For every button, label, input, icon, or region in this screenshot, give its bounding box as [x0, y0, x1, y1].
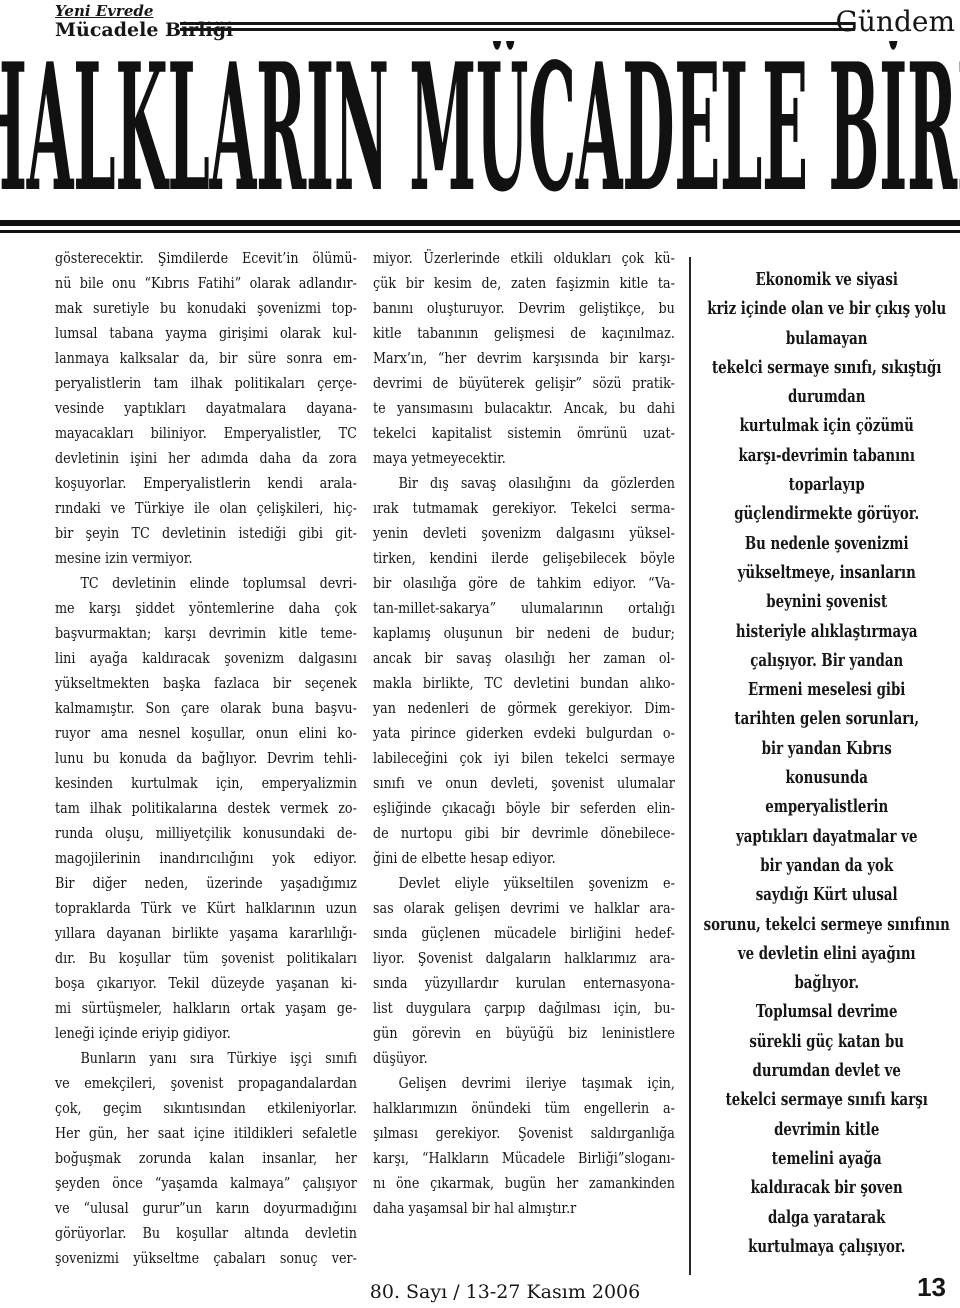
text-line: nü bile onu “Kıbrıs Fatihi” olarak adlan…: [55, 271, 357, 296]
issue-date-line: 80. Sayı / 13-27 Kasım 2006: [355, 1281, 655, 1303]
text-line: sürekli güç katan bu: [700, 1027, 953, 1056]
column-divider-rule: [689, 257, 691, 1275]
text-line: mi sürtüşmeler, halkların ortak yaşam ge…: [55, 996, 357, 1021]
text-line: sas olarak gelişen devrimi ve halklar ar…: [373, 896, 675, 921]
page-number: 13: [917, 1272, 946, 1303]
text-line: Bunların yanı sıra Türkiye işçi sınıfı: [55, 1046, 357, 1071]
text-line: halklarımızın önündeki tüm engellerin a-: [373, 1096, 675, 1121]
text-line: sında güçlenen mücadele birliğini hedef-: [373, 921, 675, 946]
text-line: leneği içinde eriyip gidiyor.: [55, 1021, 357, 1046]
text-line: durumdan: [700, 382, 953, 411]
pull-quote-column: Ekonomik ve siyasikriz içinde olan ve bi…: [700, 265, 953, 1261]
text-line: şovenizmi yükseltme çabaları sonuç ver-: [55, 1246, 357, 1271]
text-line: çalışıyor. Bir yandan: [700, 646, 953, 675]
text-line: banını oluşturuyor. Devrim geliştikçe, b…: [373, 296, 675, 321]
text-line: Bir dış savaş olasılığını da gözlerden: [373, 471, 675, 496]
text-line: tekelci sermaye sınıfı, sıkıştığı: [700, 353, 953, 382]
text-line: ve “ulusal gurur”un karın doyurmadığını: [55, 1196, 357, 1221]
text-line: tan-millet-sakarya” ulumalarının ortalığ…: [373, 596, 675, 621]
text-line: çok, geçim sıkıntısından etkileniyorlar.: [55, 1096, 357, 1121]
text-line: beynini şovenist: [700, 587, 953, 616]
masthead-double-rule: [180, 22, 855, 31]
text-line: ve emekçileri, şovenist propagandalardan: [55, 1071, 357, 1096]
text-line: eşliğinde çıkacağı böyle bir seferden el…: [373, 796, 675, 821]
header-double-rule: [0, 220, 960, 233]
text-line: lumsal tabana yayma girişimi olarak kul-: [55, 321, 357, 346]
text-line: lunu bu konuda da bağlıyor. Devrim tehli…: [55, 746, 357, 771]
text-line: durumdan devlet ve: [700, 1056, 953, 1085]
text-line: bulamayan: [700, 324, 953, 353]
text-line: kaplamış oluşunun bir nedeni de budur;: [373, 621, 675, 646]
text-line: ırak tutmamak gerekiyor. Tekelci serma-: [373, 496, 675, 521]
text-line: yıllara dayanan birlikte yaşama kararlıl…: [55, 921, 357, 946]
text-line: labileceğini çok iyi bilen tekelci serma…: [373, 746, 675, 771]
text-line: bir yandan Kıbrıs: [700, 734, 953, 763]
text-line: devrimi de büyüterek gelişir” sözü prati…: [373, 371, 675, 396]
text-line: şılması gerekiyor. Şovenist saldırganlığ…: [373, 1121, 675, 1146]
text-line: tekelci sermaye sınıfı karşı: [700, 1085, 953, 1114]
text-line: vesinde yaptıkları dayatmalara dayana-: [55, 396, 357, 421]
text-line: toparlayıp: [700, 470, 953, 499]
text-line: Devlet eliyle yükseltilen şovenizm e-: [373, 871, 675, 896]
text-line: kalmamıştır. Son çare olarak buna başvu-: [55, 696, 357, 721]
text-line: kitle tabanının gelişmesi de kaçınılmaz.: [373, 321, 675, 346]
text-line: yükseltmeye, insanların: [700, 558, 953, 587]
text-line: yükseltmekten başka fazlaca bir seçenek: [55, 671, 357, 696]
text-line: yaptıkları dayatmalar ve: [700, 822, 953, 851]
text-line: de nurtopu gibi bir devrimle dönebilece-: [373, 821, 675, 846]
text-line: şeyden önce “yaşamda kalmaya” çalışıyor: [55, 1171, 357, 1196]
text-line: rındaki ve Türkiye ile olan çelişkileri,…: [55, 496, 357, 521]
newspaper-page: Yeni Evrede Mücadele Birliği Gündem HALK…: [0, 0, 960, 1308]
text-line: kurtulmak için çözümü: [700, 411, 953, 440]
text-line: emperyalistlerin: [700, 792, 953, 821]
text-line: Marx’ın, “her devrim karşısında bir karş…: [373, 346, 675, 371]
text-line: lanmaya kalksalar da, bir süre sonra em-: [55, 346, 357, 371]
text-line: mayacakları biliniyor. Emperyalistler, T…: [55, 421, 357, 446]
text-line: karşı, “Halkların Mücadele Birliği”sloga…: [373, 1146, 675, 1171]
text-line: yata pirince giderken evdeki bulgurdan o…: [373, 721, 675, 746]
text-line: ruyor ama nesnel koşullar, onun elini ko…: [55, 721, 357, 746]
text-line: topraklarda Türk ve Kürt halklarının uzu…: [55, 896, 357, 921]
text-line: görüyorlar. Bu koşullar altında devletin: [55, 1221, 357, 1246]
text-line: bir yandan da yok: [700, 851, 953, 880]
text-line: magojilerinin inandırıcılığını yok ediyo…: [55, 846, 357, 871]
text-line: karşı-devrimin tabanını: [700, 441, 953, 470]
text-line: Gelişen devrimi ileriye taşımak için,: [373, 1071, 675, 1096]
text-line: TC devletinin elinde toplumsal devri-: [55, 571, 357, 596]
text-line: ancak bir savaş olasılığı her zaman ol-: [373, 646, 675, 671]
text-line: dalga yaratarak: [700, 1203, 953, 1232]
text-line: mesine izin vermiyor.: [55, 546, 357, 571]
text-line: Ermeni meselesi gibi: [700, 675, 953, 704]
text-line: gösterecektir. Şimdilerde Ecevit’in ölüm…: [55, 246, 357, 271]
text-line: lini ayağa kaldıracak şovenizm dalgasını: [55, 646, 357, 671]
text-line: ğini de elbette hesap ediyor.: [373, 846, 675, 871]
text-line: sınıfı ve onun devleti, şovenist ulumala…: [373, 771, 675, 796]
text-line: tam ilhak politikalarına destek vermek z…: [55, 796, 357, 821]
text-line: düşüyor.: [373, 1046, 675, 1071]
text-line: makla birlikte, TC devletini bundan alık…: [373, 671, 675, 696]
text-line: güçlendirmekte görüyor.: [700, 499, 953, 528]
text-line: boşa çıkarıyor. Tekil düzeyde yaşanan ki…: [55, 971, 357, 996]
text-line: daha yaşamsal bir hal almıştır.r: [373, 1196, 675, 1221]
text-line: boğuşmak zorunda kalan insanlar, her: [55, 1146, 357, 1171]
text-line: saydığı Kürt ulusal: [700, 880, 953, 909]
text-line: te yansımasını bulacaktır. Ancak, bu dah…: [373, 396, 675, 421]
text-line: bağlıyor.: [700, 968, 953, 997]
text-line: runda oluşu, milliyetçilik konusundaki d…: [55, 821, 357, 846]
text-line: histeriyle alıklaştırmaya: [700, 617, 953, 646]
text-line: list duygulara çarpıp dağılması için, bu…: [373, 996, 675, 1021]
text-line: maya yetmeyecektir.: [373, 446, 675, 471]
text-line: kriz içinde olan ve bir çıkış yolu: [700, 294, 953, 323]
text-line: çük bir kesim de, zaten faşizmin kitle t…: [373, 271, 675, 296]
text-line: Ekonomik ve siyasi: [700, 265, 953, 294]
text-line: yenin devleti şovenizm dalgasını yüksel-: [373, 521, 675, 546]
text-line: başvurmaktan; karşı devrimin kitle teme-: [55, 621, 357, 646]
article-column-1: gösterecektir. Şimdilerde Ecevit’in ölüm…: [55, 246, 357, 1271]
article-column-2: miyor. Üzerlerinde etkili oldukları çok …: [373, 246, 675, 1221]
text-line: peryalistlerin tam ilhak politikaları çe…: [55, 371, 357, 396]
text-line: yan nedenleri de görmek gerekiyor. Dim-: [373, 696, 675, 721]
text-line: me karşı şiddet yöntemlerine daha çok: [55, 596, 357, 621]
text-line: mak suretiyle bu konudaki şovenizmi top-: [55, 296, 357, 321]
headline-text: HALKLARIN MÜCADELE BİRLİĞİ: [0, 41, 960, 216]
text-line: bir olasılığa göre de tahkim ediyor. “Va…: [373, 571, 675, 596]
text-line: Bir diğer neden, üzerinde yaşadığımız: [55, 871, 357, 896]
text-line: miyor. Üzerlerinde etkili oldukları çok …: [373, 246, 675, 271]
text-line: nı öne çıkarmak, bugün her zamankinden: [373, 1171, 675, 1196]
text-line: kurtulmaya çalışıyor.: [700, 1232, 953, 1261]
text-line: sında yüzyıllardır kurulan enternasyona-: [373, 971, 675, 996]
text-line: Bu nedenle şovenizmi: [700, 529, 953, 558]
text-line: ve devletin elini ayağını: [700, 939, 953, 968]
text-line: sorunu, tekelci sermeye sınıfının: [700, 910, 953, 939]
text-line: devletinin işini her adımda daha da zora: [55, 446, 357, 471]
text-line: koşuyorlar. Emperyalistlerin kendi arala…: [55, 471, 357, 496]
text-line: liyor. Şovenist dalgaların halklarımız a…: [373, 946, 675, 971]
headline: HALKLARIN MÜCADELE BİRLİĞİ: [0, 41, 960, 217]
logo-line-yeni-evrede: Yeni Evrede: [55, 3, 233, 20]
text-line: tarihten gelen sorunları,: [700, 704, 953, 733]
text-line: konusunda: [700, 763, 953, 792]
text-line: bir şeyin TC devletinin istediği gibi gi…: [55, 521, 357, 546]
text-line: temelini ayağa: [700, 1144, 953, 1173]
text-line: tekelci kapitalist sistemin ömrünü uzat-: [373, 421, 675, 446]
text-line: dır. Bu koşullar tüm şovenist politikala…: [55, 946, 357, 971]
section-label: Gündem: [836, 7, 955, 37]
text-line: kesinden kurtulmak için, emperyalizmin: [55, 771, 357, 796]
text-line: Her gün, her saat içine itildikleri sefa…: [55, 1121, 357, 1146]
text-line: Toplumsal devrime: [700, 997, 953, 1026]
text-line: kaldıracak bir şoven: [700, 1173, 953, 1202]
text-line: devrimin kitle: [700, 1115, 953, 1144]
text-line: tirken, kendini ilerde gelişebilecek böy…: [373, 546, 675, 571]
text-line: gün görevin en büyüğü biz leninistlere: [373, 1021, 675, 1046]
